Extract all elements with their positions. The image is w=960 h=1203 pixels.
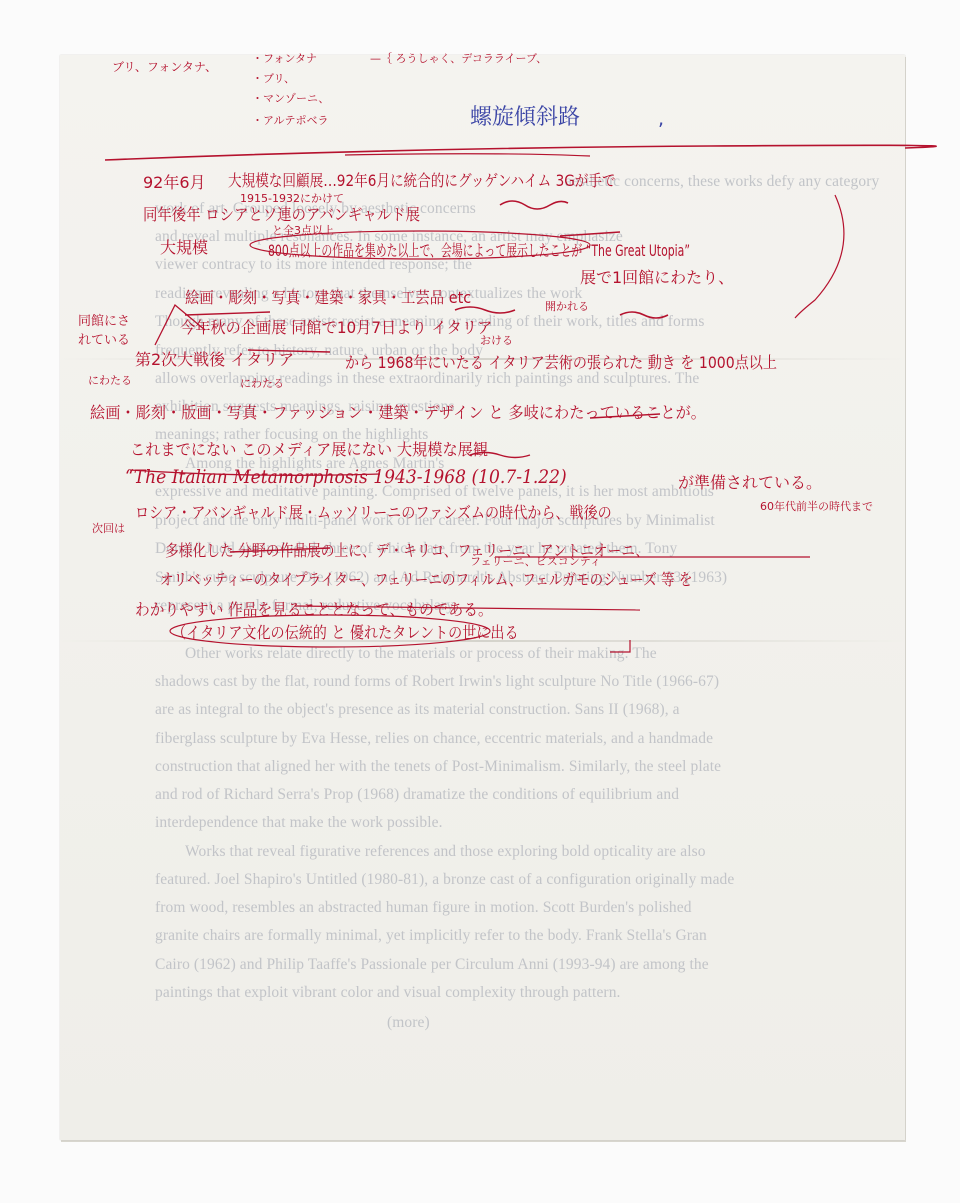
note-line: が準備されている。 — [678, 470, 822, 493]
printed-line: Other works relate directly to the mater… — [185, 645, 657, 663]
note-list-item: ・マンゾーニ、 — [252, 90, 329, 106]
printed-line: construction that aligned her with the t… — [155, 758, 721, 776]
printed-line: paintings that exploit vibrant color and… — [155, 984, 621, 1002]
note-line: （イタリア文化の伝統的 と 優れたタレントの世に出る — [172, 620, 519, 643]
note-top-left: ブリ、フォンタナ、 — [112, 58, 217, 75]
note-margin: 次回は — [92, 520, 125, 536]
note-list-item: ・ブリ、 — [252, 70, 295, 86]
note-line: 絵画・彫刻・版画・写真・ファッション・建築・デザイン と 多岐にわたっていること… — [90, 400, 706, 423]
note-blue-comma: , — [658, 108, 664, 130]
note-blue-title: 螺旋傾斜路 — [470, 100, 580, 131]
printed-line: are as integral to the object's presence… — [155, 701, 680, 719]
note-line: オリベッティーのタイプライター、フェリーニのフィルム、フェルガモのシューズ 等 … — [160, 567, 693, 590]
note-line: 大規模な回顧展…92年6月に統合的にグッゲンハイム 3Gが手で — [228, 168, 616, 191]
note-superscript: と全3点以上 — [272, 222, 334, 238]
printed-line: interdependence that make the work possi… — [155, 814, 443, 832]
note-line: これまでにない このメディア展にない 大規模な展観 — [130, 437, 488, 460]
printed-line: granite chairs are formally minimal, yet… — [155, 927, 707, 945]
note-list-item: ・フォンタナ — [252, 50, 317, 66]
note-line: 絵画・彫刻・写真・建築・家具・工芸品 etc — [185, 285, 471, 308]
printed-line: featured. Joel Shapiro's Untitled (1980-… — [155, 871, 734, 889]
note-line: 展で1回館にわたり、 — [580, 265, 734, 288]
note-brace: —｛ ろうしゃく、デコラライーブ、 — [370, 50, 547, 66]
note-superscript: にわたる — [240, 375, 284, 391]
note-margin: にわたる — [88, 372, 132, 388]
note-line: から 1968年にいたる イタリア芸術の張られた 動き を 1000点以上 — [345, 350, 777, 373]
note-exhibition-title: “The Italian Metamorphosis 1943-1968 (10… — [125, 466, 567, 488]
printed-line: from wood, resembles an abstracted human… — [155, 899, 692, 917]
note-date: 92年6月 — [143, 170, 206, 193]
note-superscript: 開かれる — [545, 298, 589, 314]
printed-line: shadows cast by the flat, round forms of… — [155, 673, 719, 691]
note-line: ロシア・アバンギャルド展・ムッソリーニのファシズムの時代から、戦後の — [135, 500, 612, 523]
more-marker: (more) — [387, 1014, 430, 1032]
printed-line: fiberglass sculpture by Eva Hesse, relie… — [155, 730, 713, 748]
note-superscript: 60年代前半の時代まで — [760, 498, 873, 514]
note-superscript: おける — [480, 332, 513, 348]
note-line: 800点以上の作品を集めた以上で、会場によって展示したことが “The Grea… — [268, 238, 690, 261]
note-margin: 同館にされている — [78, 310, 138, 348]
printed-line: Cairo (1962) and Philip Taaffe's Passion… — [155, 956, 709, 974]
printed-line: Works that reveal figurative references … — [185, 843, 706, 861]
printed-line: and rod of Richard Serra's Prop (1968) d… — [155, 786, 679, 804]
note-line: わかりやすい 作品を見ることとなって、ものである。 — [135, 597, 493, 620]
note-line: 今年秋の企画展 同館で10月7日より イタリア — [180, 315, 492, 338]
note-label: 大規模 — [160, 235, 208, 258]
note-list-item: ・アルテポベラ — [252, 112, 329, 128]
note-line: 第2次大戦後 イタリア — [135, 347, 294, 370]
